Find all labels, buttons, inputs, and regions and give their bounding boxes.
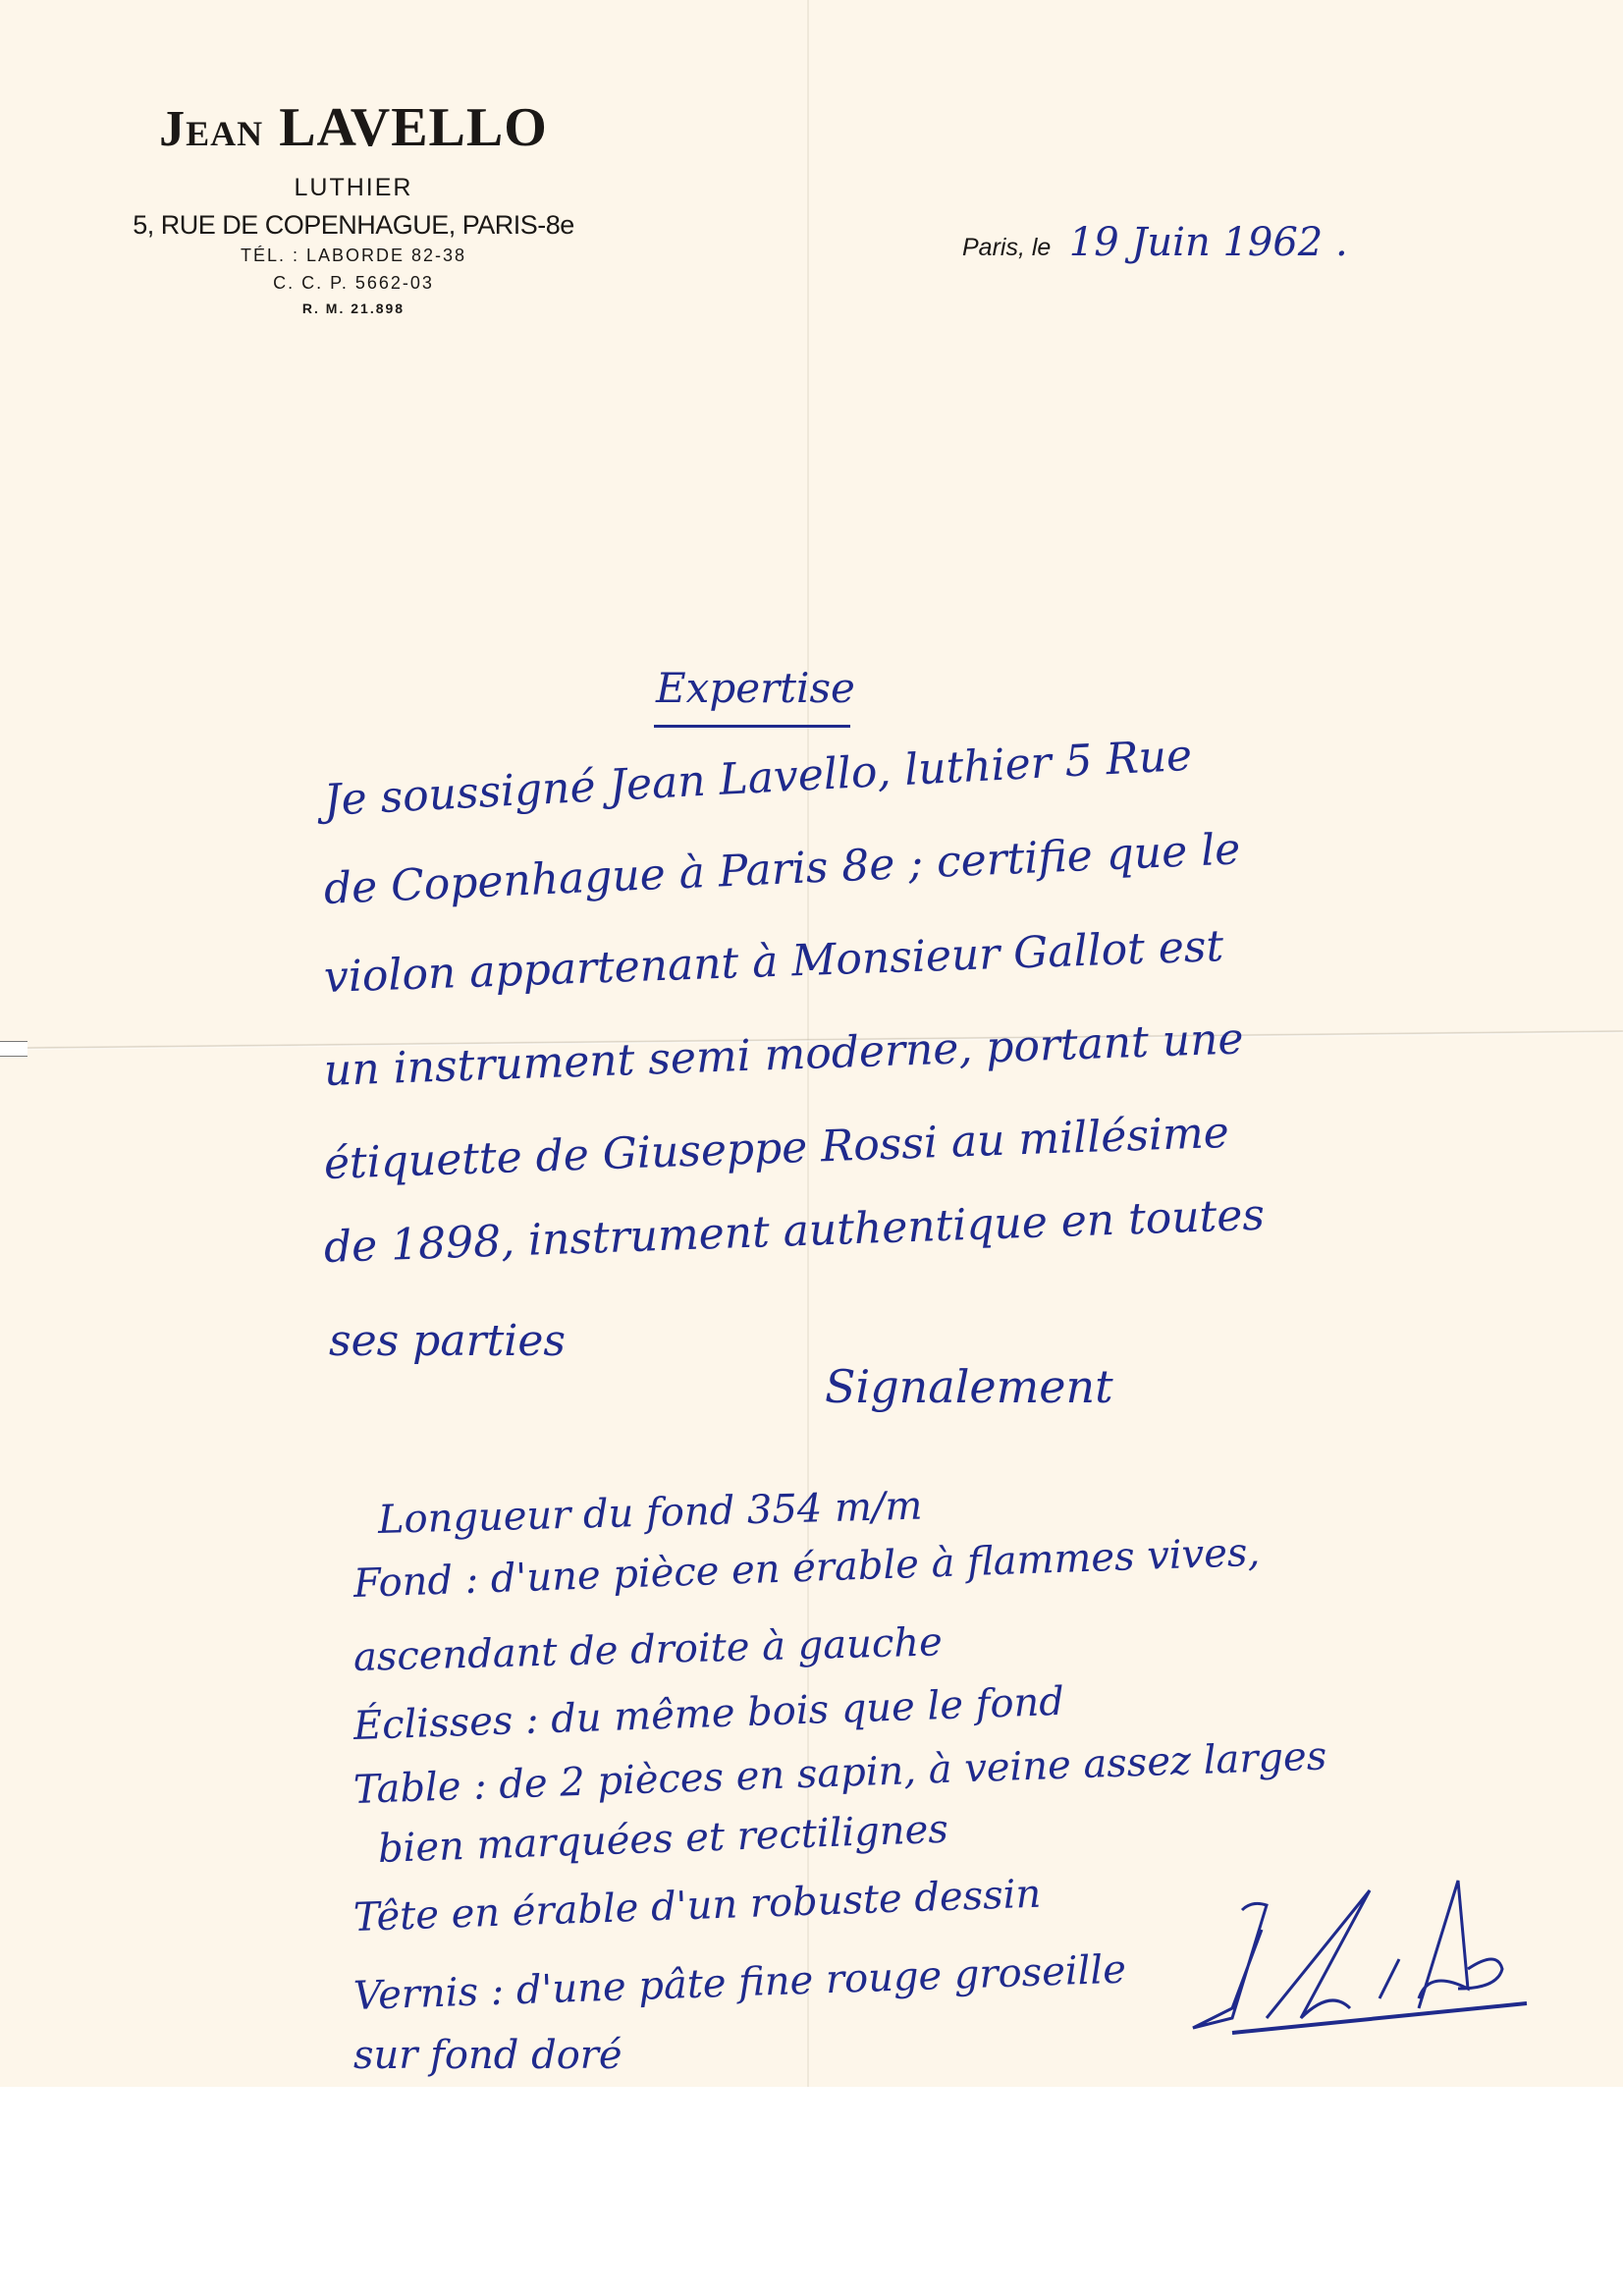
description-line-3: ascendant de droite à gauche bbox=[352, 1619, 943, 1680]
section-title: Signalement bbox=[825, 1360, 1113, 1413]
handwritten-date: 19 Juin 1962 . bbox=[1069, 220, 1348, 265]
letterhead: JeanLAVELLO LUTHIER 5, RUE DE COPENHAGUE… bbox=[98, 98, 609, 320]
description-line-5: Table : de 2 pièces en sapin, à veine as… bbox=[352, 1733, 1327, 1813]
letterhead-first-name: Jean bbox=[159, 101, 263, 157]
letter-paper: JeanLAVELLO LUTHIER 5, RUE DE COPENHAGUE… bbox=[0, 0, 1623, 2087]
fold-notch bbox=[0, 1041, 27, 1057]
title-underline bbox=[654, 725, 850, 728]
body-line-1: Je soussigné Jean Lavello, luthier 5 Rue bbox=[323, 731, 1194, 826]
letterhead-last-name: LAVELLO bbox=[279, 97, 548, 158]
body-line-4: un instrument semi moderne, portant une bbox=[323, 1013, 1244, 1096]
document-title: Expertise bbox=[656, 664, 855, 712]
description-line-1: Longueur du fond 354 m/m bbox=[377, 1483, 923, 1542]
description-line-8: Vernis : d'une pâte fine rouge groseille bbox=[352, 1947, 1126, 2019]
letterhead-telephone: TÉL. : LABORDE 82-38 bbox=[98, 242, 609, 269]
body-line-2: de Copenhague à Paris 8e ; certifie que … bbox=[323, 824, 1241, 914]
letterhead-ccp: C. C. P. 5662-03 bbox=[98, 269, 609, 297]
body-line-6: de 1898, instrument authentique en toute… bbox=[323, 1190, 1266, 1273]
letterhead-rm: R. M. 21.898 bbox=[98, 297, 609, 320]
body-line-3: violon appartenant à Monsieur Gallot est bbox=[323, 921, 1224, 1003]
letterhead-trade: LUTHIER bbox=[98, 173, 609, 202]
letterhead-name: JeanLAVELLO bbox=[98, 98, 609, 159]
description-line-7: Tête en érable d'un robuste dessin bbox=[352, 1872, 1042, 1941]
body-line-7: ses parties bbox=[329, 1316, 566, 1366]
signature bbox=[1173, 1871, 1546, 2038]
date-line: Paris, le 19 Juin 1962 . bbox=[962, 220, 1348, 265]
description-line-9: sur fond doré bbox=[353, 2033, 622, 2078]
description-line-4: Éclisses : du même bois que le fond bbox=[352, 1679, 1064, 1749]
body-line-5: étiquette de Giuseppe Rossi au millésime bbox=[323, 1108, 1229, 1189]
description-line-6: bien marquées et rectilignes bbox=[377, 1807, 948, 1872]
date-prefix: Paris, le bbox=[962, 234, 1051, 261]
letterhead-address: 5, RUE DE COPENHAGUE, PARIS-8e bbox=[98, 208, 609, 242]
